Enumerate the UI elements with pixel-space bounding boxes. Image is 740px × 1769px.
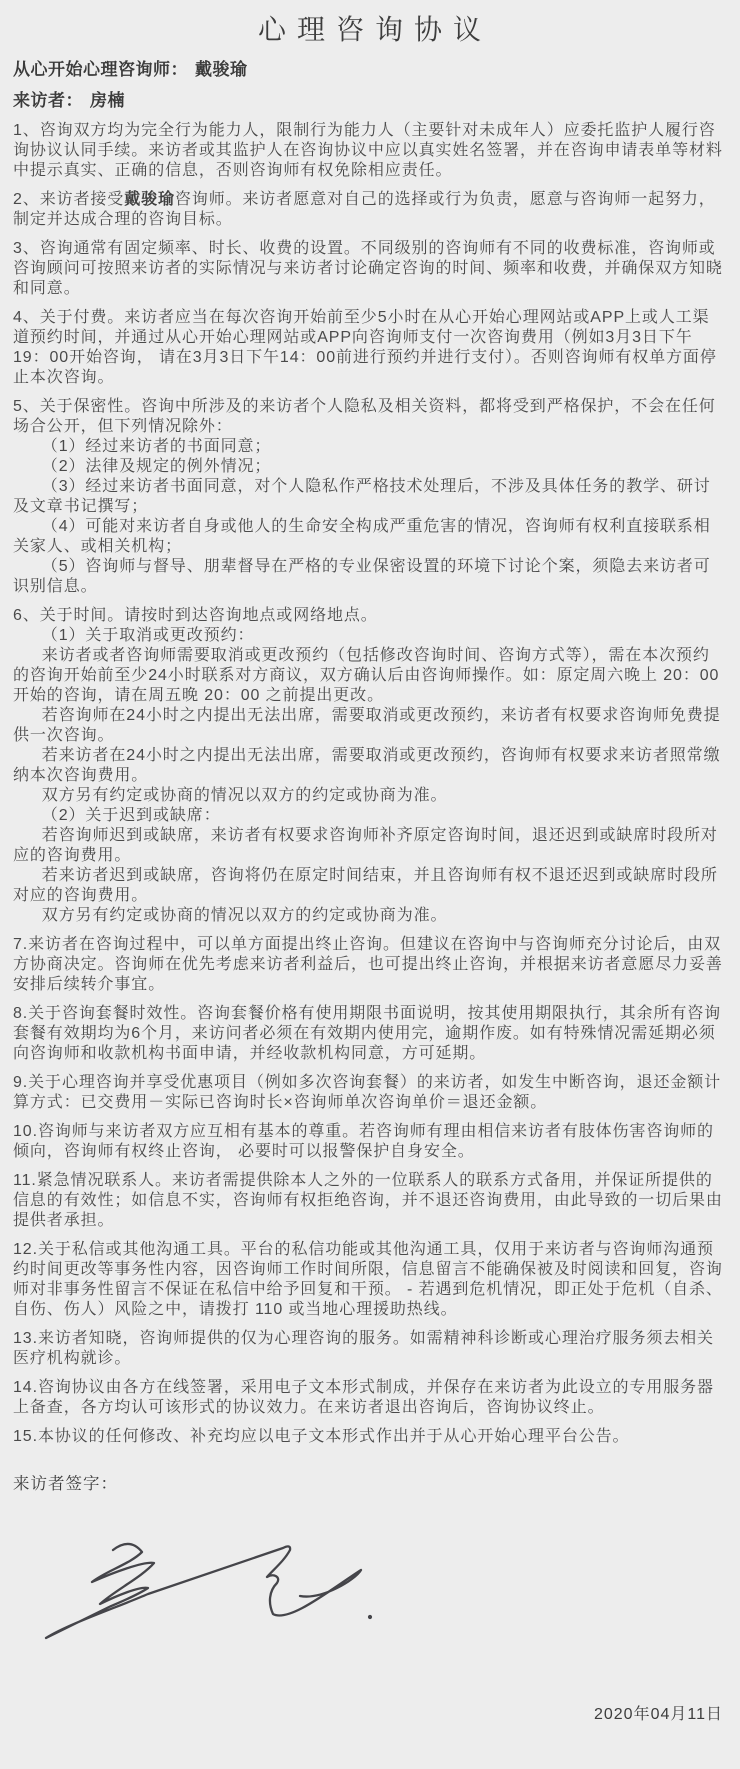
clause-6-item-6: （2）关于迟到或缺席： xyxy=(13,806,726,826)
clause-11: 11.紧急情况联系人。来访者需提供除本人之外的一位联系人的联系方式备用，并保证所… xyxy=(13,1171,726,1231)
counselor-name-inline: 戴骏瑜 xyxy=(124,191,175,208)
clause-6-item-1: （1）关于取消或更改预约： xyxy=(13,626,726,646)
page-title: 心理咨询协议 xyxy=(13,10,726,50)
visitor-signature-drawing xyxy=(13,1523,433,1663)
clause-12: 12.关于私信或其他沟通工具。平台的私信功能或其他沟通工具，仅用于来访者与咨询师… xyxy=(13,1240,726,1320)
visitor-name: 房楠 xyxy=(90,91,125,110)
clause-10: 10.咨询师与来访者双方应互相有基本的尊重。若咨询师有理由相信来访者有肢体伤害咨… xyxy=(13,1122,726,1162)
clause-5-item-1: （1）经过来访者的书面同意； xyxy=(13,437,726,457)
clause-14: 14.咨询协议由各方在线签署，采用电子文本形式制成，并保存在来访者为此设立的专用… xyxy=(13,1378,726,1418)
agreement-document: 心理咨询协议 从心开始心理咨询师：戴骏瑜 来访者：房楠 1、咨询双方均为完全行为… xyxy=(0,0,740,1769)
clause-5: 5、关于保密性。咨询中所涉及的来访者个人隐私及相关资料，都将受到严格保护，不会在… xyxy=(13,397,726,437)
clause-6-item-4: 若来访者在24小时之内提出无法出席，需要取消或更改预约，咨询师有权要求来访者照常… xyxy=(13,746,726,786)
signature-dot xyxy=(368,1615,372,1619)
clause-6-item-5: 双方另有约定或协商的情况以双方的约定或协商为准。 xyxy=(13,786,726,806)
clause-2-prefix: 2、来访者接受 xyxy=(13,191,124,208)
signature-stroke xyxy=(46,1544,361,1638)
clause-7: 7.来访者在咨询过程中，可以单方面提出终止咨询。但建议在咨询中与咨询师充分讨论后… xyxy=(13,935,726,995)
visitor-label: 来访者： xyxy=(13,91,83,110)
clause-2: 2、来访者接受戴骏瑜咨询师。来访者愿意对自己的选择或行为负责，愿意与咨询师一起努… xyxy=(13,190,726,230)
clause-5-item-2: （2）法律及规定的例外情况； xyxy=(13,457,726,477)
signature-area xyxy=(13,1523,726,1673)
clause-6-item-9: 双方另有约定或协商的情况以双方的约定或协商为准。 xyxy=(13,906,726,926)
clause-list: 1、咨询双方均为完全行为能力人，限制行为能力人（主要针对未成年人）应委托监护人履… xyxy=(13,121,726,1447)
clause-3: 3、咨询通常有固定频率、时长、收费的设置。不同级别的咨询师有不同的收费标准，咨询… xyxy=(13,239,726,299)
counselor-label: 从心开始心理咨询师： xyxy=(13,60,188,79)
clause-13: 13.来访者知晓，咨询师提供的仅为心理咨询的服务。如需精神科诊断或心理治疗服务须… xyxy=(13,1329,726,1369)
counselor-line: 从心开始心理咨询师：戴骏瑜 xyxy=(13,59,726,81)
clause-6: 6、关于时间。请按时到达咨询地点或网络地点。 xyxy=(13,606,726,626)
clause-6-item-8: 若来访者迟到或缺席，咨询将仍在原定时间结束，并且咨询师有权不退还迟到或缺席时段所… xyxy=(13,866,726,906)
agreement-date: 2020年04月11日 xyxy=(13,1701,723,1724)
visitor-line: 来访者：房楠 xyxy=(13,90,726,112)
clause-1: 1、咨询双方均为完全行为能力人，限制行为能力人（主要针对未成年人）应委托监护人履… xyxy=(13,121,726,181)
clause-15: 15.本协议的任何修改、补充均应以电子文本形式作出并于从心开始心理平台公告。 xyxy=(13,1427,726,1447)
counselor-name: 戴骏瑜 xyxy=(195,60,248,79)
clause-5-item-4: （4）可能对来访者自身或他人的生命安全构成严重危害的情况，咨询师有权利直接联系相… xyxy=(13,517,726,557)
clause-8: 8.关于咨询套餐时效性。咨询套餐价格有使用期限书面说明，按其使用期限执行，其余所… xyxy=(13,1004,726,1064)
clause-5-item-5: （5）咨询师与督导、朋辈督导在严格的专业保密设置的环境下讨论个案，须隐去来访者可… xyxy=(13,557,726,597)
clause-9: 9.关于心理咨询并享受优惠项目（例如多次咨询套餐）的来访者，如发生中断咨询，退还… xyxy=(13,1073,726,1113)
signature-label: 来访者签字： xyxy=(13,1473,726,1495)
clause-6-item-2: 来访者或者咨询师需要取消或更改预约（包括修改咨询时间、咨询方式等），需在本次预约… xyxy=(13,646,726,706)
clause-4: 4、关于付费。来访者应当在每次咨询开始前至少5小时在从心开始心理网站或APP上或… xyxy=(13,308,726,388)
clause-6-item-3: 若咨询师在24小时之内提出无法出席，需要取消或更改预约，来访者有权要求咨询师免费… xyxy=(13,706,726,746)
clause-5-item-3: （3）经过来访者书面同意，对个人隐私作严格技术处理后，不涉及具体任务的教学、研讨… xyxy=(13,477,726,517)
clause-6-item-7: 若咨询师迟到或缺席，来访者有权要求咨询师补齐原定咨询时间，退还迟到或缺席时段所对… xyxy=(13,826,726,866)
